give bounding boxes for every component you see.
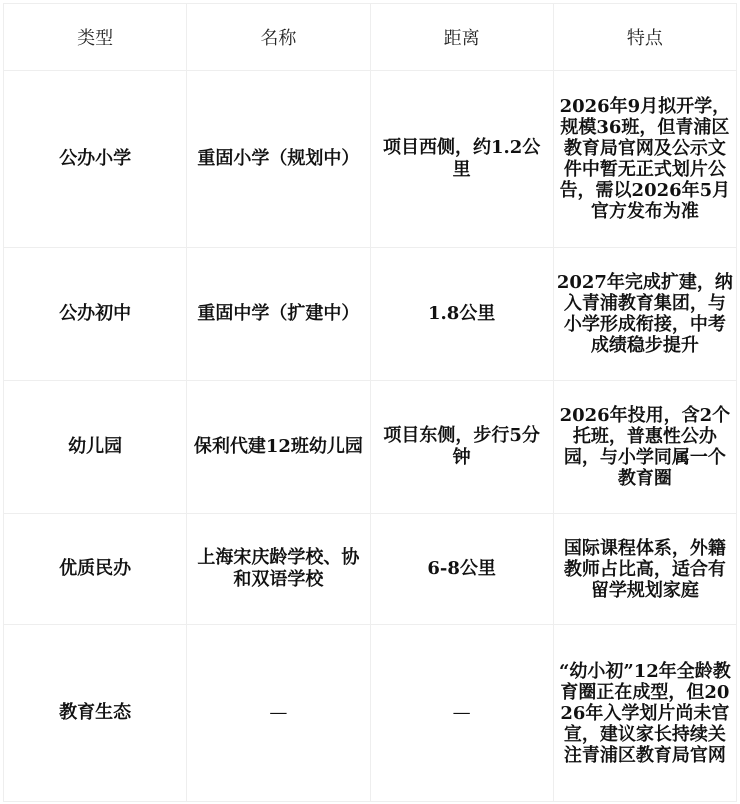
header-distance: 距离 bbox=[370, 4, 553, 71]
header-features: 特点 bbox=[553, 4, 736, 71]
cell-type: 公办小学 bbox=[4, 71, 187, 248]
school-info-table: 类型 名称 距离 特点 公办小学 重固小学（规划中） 项目西侧，约1.2公里 2… bbox=[3, 3, 737, 802]
cell-features: 国际课程体系，外籍教师占比高，适合有留学规划家庭 bbox=[553, 514, 736, 625]
cell-distance: 项目东侧，步行5分钟 bbox=[370, 381, 553, 514]
cell-name: 重固中学（扩建中） bbox=[187, 248, 370, 381]
cell-features: 2026年9月拟开学，规模36班，但青浦区教育局官网及公示文件中暂无正式划片公告… bbox=[553, 71, 736, 248]
cell-features: “幼小初”12年全龄教育圈正在成型，但2026年入学划片尚未官宣，建议家长持续关… bbox=[553, 625, 736, 802]
cell-name: 上海宋庆龄学校、协和双语学校 bbox=[187, 514, 370, 625]
cell-distance: 1.8公里 bbox=[370, 248, 553, 381]
table-row: 幼儿园 保利代建12班幼儿园 项目东侧，步行5分钟 2026年投用，含2个托班，… bbox=[4, 381, 737, 514]
cell-name: 保利代建12班幼儿园 bbox=[187, 381, 370, 514]
school-table-container: 类型 名称 距离 特点 公办小学 重固小学（规划中） 项目西侧，约1.2公里 2… bbox=[3, 3, 737, 802]
cell-features: 2026年投用，含2个托班，普惠性公办园，与小学同属一个教育圈 bbox=[553, 381, 736, 514]
cell-type: 优质民办 bbox=[4, 514, 187, 625]
cell-type: 公办初中 bbox=[4, 248, 187, 381]
header-type: 类型 bbox=[4, 4, 187, 71]
cell-name: 重固小学（规划中） bbox=[187, 71, 370, 248]
table-row: 教育生态 — — “幼小初”12年全龄教育圈正在成型，但2026年入学划片尚未官… bbox=[4, 625, 737, 802]
cell-distance: 项目西侧，约1.2公里 bbox=[370, 71, 553, 248]
cell-name: — bbox=[187, 625, 370, 802]
table-row: 公办初中 重固中学（扩建中） 1.8公里 2027年完成扩建，纳入青浦教育集团，… bbox=[4, 248, 737, 381]
cell-features: 2027年完成扩建，纳入青浦教育集团，与小学形成衔接，中考成绩稳步提升 bbox=[553, 248, 736, 381]
header-name: 名称 bbox=[187, 4, 370, 71]
table-row: 公办小学 重固小学（规划中） 项目西侧，约1.2公里 2026年9月拟开学，规模… bbox=[4, 71, 737, 248]
cell-type: 幼儿园 bbox=[4, 381, 187, 514]
cell-distance: 6-8公里 bbox=[370, 514, 553, 625]
table-header-row: 类型 名称 距离 特点 bbox=[4, 4, 737, 71]
cell-type: 教育生态 bbox=[4, 625, 187, 802]
cell-distance: — bbox=[370, 625, 553, 802]
table-row: 优质民办 上海宋庆龄学校、协和双语学校 6-8公里 国际课程体系，外籍教师占比高… bbox=[4, 514, 737, 625]
